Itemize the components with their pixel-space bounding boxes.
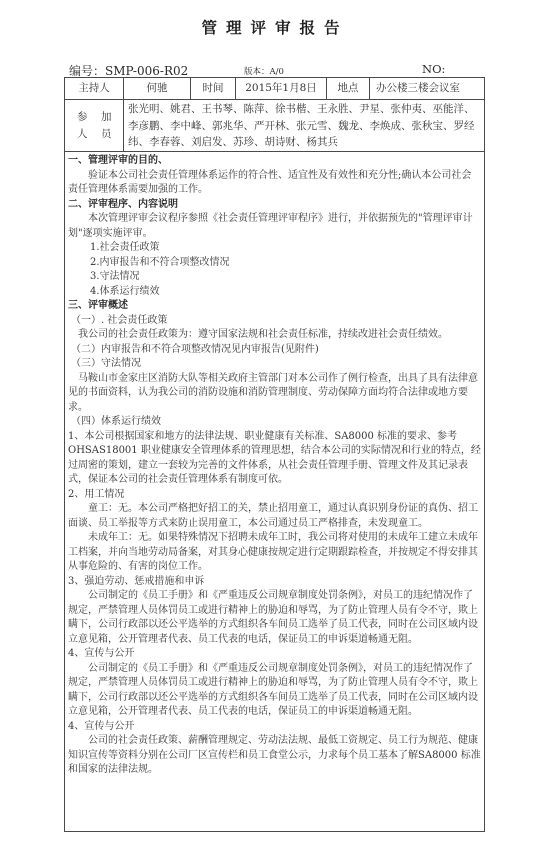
procedure-item: 3.守法情况 [68, 270, 481, 285]
section-procedure-heading: 二、评审程序、内容说明 [68, 198, 481, 213]
document-version: 版本：A/0 [244, 65, 284, 77]
policy-heading: （一）. 社会责任政策 [68, 314, 481, 329]
report-body: 一、管理评审的目的、 验证本公司社会责任管理体系运作的符合性、适宜性及有效性和充… [68, 154, 481, 778]
location-value: 办公楼三楼会议室 [370, 78, 485, 99]
location-label: 地点 [327, 78, 370, 99]
internal-audit-heading: （二）内审报告和不符合项整改情况见内审报告(见附件) [68, 343, 481, 358]
participants-label-char: 人 [77, 126, 88, 141]
section-procedure-text: 本次管理评审会议程序参照《社会责任管理评审程序》进行，并依据预先的"管理评审计划… [68, 212, 481, 241]
procedure-item: 4.体系运行绩效 [68, 285, 481, 300]
review-report-form: 主持人 何驰 时间 2015年1月8日 地点 办公楼三楼会议室 参 加 人 员 … [64, 77, 485, 832]
procedure-item: 2.内审报告和不符合项整改情况 [68, 256, 481, 271]
performance-heading: （四）体系运行绩效 [68, 415, 481, 430]
participants-label-char: 参 [77, 109, 88, 124]
publicity-heading-2: 4、宣传与公开 [68, 720, 481, 735]
compliance-text: 马鞍山市金家庄区消防大队等相关政府主管部门对本公司作了例行检查，出具了具有法律意… [68, 372, 481, 416]
host-label: 主持人 [65, 78, 124, 99]
child-labor-text: 童工：无。本公司严格把好招工的关，禁止招用童工，通过认真识别身份证的真伪、招工面… [68, 502, 481, 531]
participants-label-char: 员 [101, 126, 112, 141]
employment-heading: 2、用工情况 [68, 488, 481, 503]
policy-text: 我公司的社会责任政策为：遵守国家法规和社会责任标准，持续改进社会责任绩效。 [68, 328, 481, 343]
participants-row: 参 加 人 员 张光明、姚君、王书琴、陈萍、徐书楷、王永胜、尹星、张仲夷、巫能洋… [65, 99, 484, 152]
meeting-info-row: 主持人 何驰 时间 2015年1月8日 地点 办公楼三楼会议室 [65, 78, 484, 100]
time-label: 时间 [191, 78, 236, 99]
time-value: 2015年1月8日 [236, 78, 327, 99]
performance-text: 1、本公司根据国家和地方的法律法规、职业健康有关标准、SA8000 标准的要求、… [68, 430, 481, 488]
participants-list: 张光明、姚君、王书琴、陈萍、徐书楷、王永胜、尹星、张仲夷、巫能洋、李彦鹏、李中峰… [128, 101, 480, 151]
forced-labor-heading: 3、强迫劳动、惩戒措施和申诉 [68, 575, 481, 590]
document-title: 管理评审报告 [0, 16, 550, 38]
forced-labor-text: 公司制定的《员工手册》和《严重违反公司规章制度处罚条例》，对员工的违纪情况作了规… [68, 589, 481, 647]
section-purpose-heading: 一、管理评审的目的、 [68, 154, 481, 169]
host-value: 何驰 [124, 78, 191, 99]
document-number: NO: [422, 62, 445, 76]
procedure-item: 1.社会责任政策 [68, 241, 481, 256]
publicity-heading: 4、宣传与公开 [68, 647, 481, 662]
participants-label: 参 加 人 员 [65, 99, 124, 151]
publicity-text: 公司的社会责任政策、薪酬管理规定、劳动法法规、最低工资规定、员工行为规范、健康知… [68, 734, 481, 778]
juvenile-labor-text: 未成年工：无。如果特殊情况下招聘未成年工时，我公司将对使用的未成年工建立未成年工… [68, 531, 481, 575]
publicity-text-duplicate: 公司制定的《员工手册》和《严重违反公司规章制度处罚条例》，对员工的违纪情况作了规… [68, 662, 481, 720]
compliance-heading: （三）守法情况 [68, 357, 481, 372]
section-purpose-text: 验证本公司社会责任管理体系运作的符合性、适宜性及有效性和充分性;确认本公司社会责… [68, 169, 481, 198]
section-overview-heading: 三、评审概述 [68, 299, 481, 314]
participants-label-char: 加 [101, 109, 112, 124]
